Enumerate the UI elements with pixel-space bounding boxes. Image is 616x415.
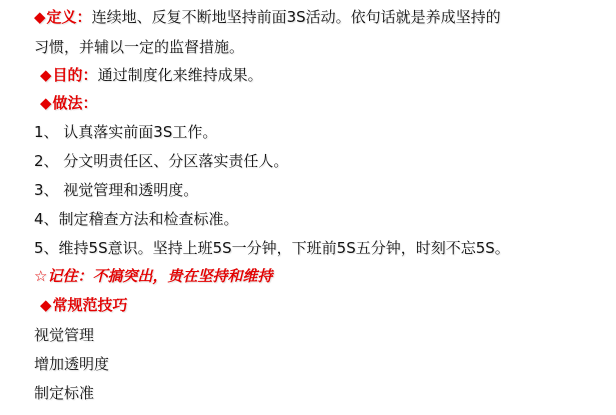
purpose-line: ◆目的：通过制度化来维持成果。 <box>40 64 263 86</box>
method-item-4: 4、制定稽查方法和检查标准。 <box>34 208 239 230</box>
diamond-bullet-icon: ◆ <box>40 94 52 112</box>
method-label: 做法： <box>53 94 98 112</box>
diamond-bullet-icon: ◆ <box>40 66 52 84</box>
purpose-text: 通过制度化来维持成果。 <box>98 66 263 84</box>
tips-item-3: 制定标准 <box>34 382 94 404</box>
definition-label: 定义： <box>47 8 92 26</box>
definition-line-1: ◆定义：连续地、反复不断地坚持前面3S活动。依句话就是养成坚持的 <box>34 6 501 28</box>
definition-text-continued: 习惯，并辅以一定的监督措施。 <box>34 38 244 56</box>
definition-text: 连续地、反复不断地坚持前面3S活动。依句话就是养成坚持的 <box>92 8 501 26</box>
definition-line-2: 习惯，并辅以一定的监督措施。 <box>34 36 244 58</box>
remember-text: 记住：不搞突出，贵在坚持和维持 <box>47 267 272 285</box>
purpose-label: 目的： <box>53 66 98 84</box>
method-heading: ◆做法： <box>40 92 98 114</box>
diamond-bullet-icon: ◆ <box>34 8 46 26</box>
method-item-3: 3、 视觉管理和透明度。 <box>34 179 198 201</box>
tips-item-2: 增加透明度 <box>34 353 109 375</box>
tips-item-1: 视觉管理 <box>34 324 94 346</box>
diamond-bullet-icon: ◆ <box>40 296 52 314</box>
method-item-5: 5、维持5S意识。坚持上班5S一分钟，下班前5S五分钟，时刻不忘5S。 <box>34 237 510 259</box>
star-icon: ☆ <box>34 267 47 285</box>
tips-label: 常规范技巧 <box>53 296 128 314</box>
method-item-1: 1、 认真落实前面3S工作。 <box>34 121 217 143</box>
tips-heading: ◆常规范技巧 <box>40 294 128 316</box>
remember-note: ☆记住：不搞突出，贵在坚持和维持 <box>34 265 272 287</box>
method-item-2: 2、 分文明责任区、分区落实责任人。 <box>34 150 288 172</box>
